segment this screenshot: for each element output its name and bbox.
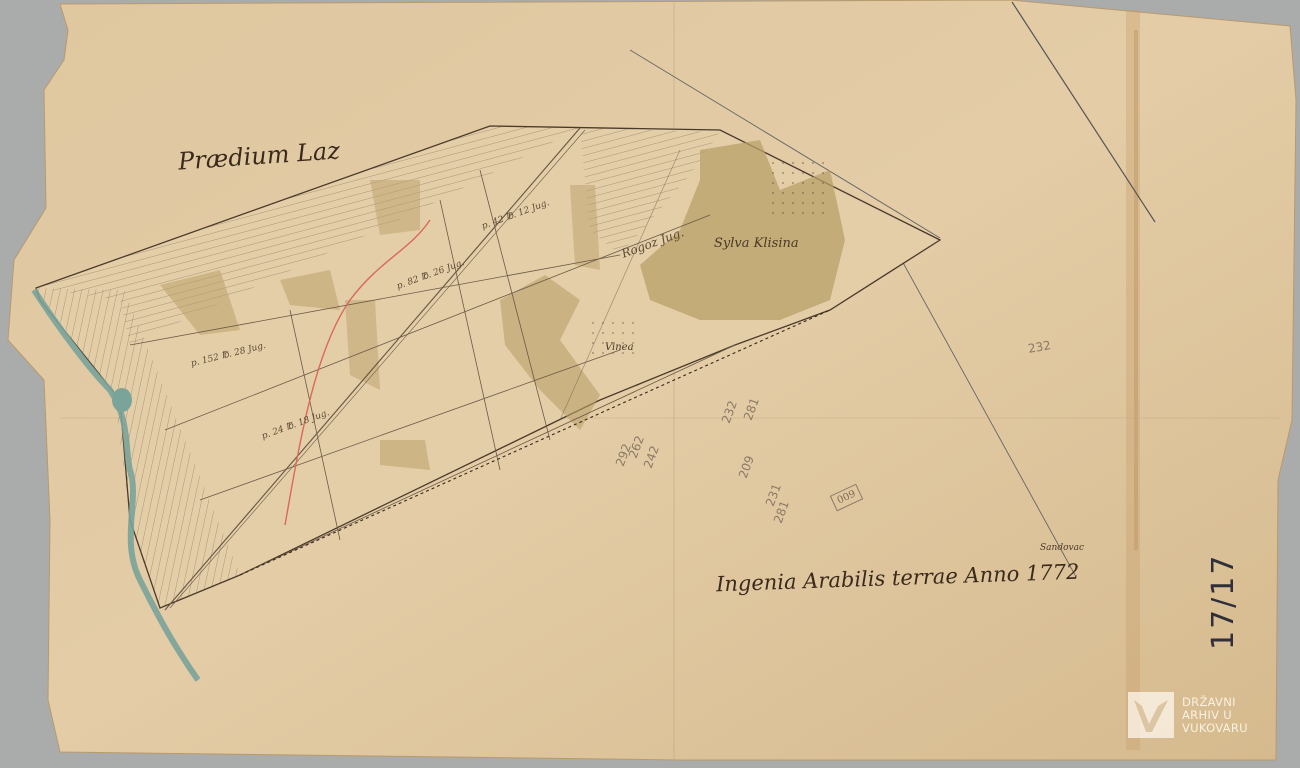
forest-label: Sylva Klisina [714, 236, 799, 251]
catalog-number: 17/17 [1206, 554, 1241, 650]
map-drawing [0, 0, 1300, 768]
watermark-line-1: DRŽAVNI [1182, 696, 1248, 709]
watermark-line-3: VUKOVARU [1182, 722, 1248, 735]
map-scan: Prædium Laz Sylva Klisina Vinea Sandovac… [0, 0, 1300, 768]
watermark-line-2: ARHIV U [1182, 709, 1248, 722]
vinea-label: Vinea [605, 342, 634, 353]
archive-logo-icon [1128, 692, 1174, 738]
village-label: Sandovac [1040, 543, 1084, 553]
archive-watermark: DRŽAVNI ARHIV U VUKOVARU [1128, 692, 1248, 738]
